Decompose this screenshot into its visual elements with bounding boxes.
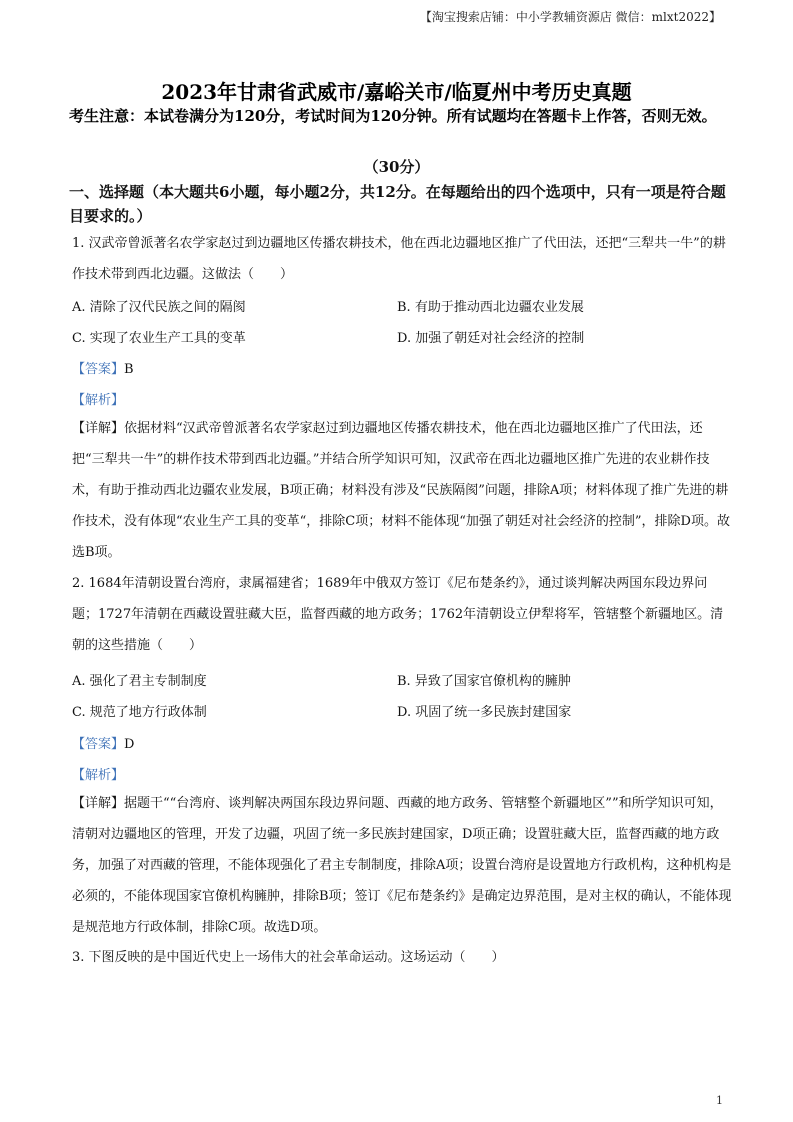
exam-notice: 考生注意：本试卷满分为120分，考试时间为120分钟。所有试题均在答题卡上作答，… <box>69 104 729 128</box>
detail-label: 【详解】 <box>72 796 124 811</box>
section-heading: 一、选择题（本大题共6小题，每小题2分，共12分。在每题给出的四个选项中，只有一… <box>69 180 729 228</box>
answer-value: B <box>124 362 134 377</box>
question-2-detail: 【详解】据题干““台湾府、谈判解决两国东段边界问题、西藏的地方政务、管辖整个新疆… <box>72 788 732 943</box>
page-number: 1 <box>716 1094 723 1107</box>
question-1-option-b: B. 有助于推动西北边疆农业发展 <box>397 296 584 315</box>
question-2-option-b: B. 异致了国家官僚机构的臃肿 <box>397 670 571 689</box>
page-title: 2023年甘肃省武威市/嘉峪关市/临夏州中考历史真题 <box>0 76 793 105</box>
detail-label: 【详解】 <box>72 421 124 436</box>
header-note: 【淘宝搜索店铺：中小学教辅资源店 微信：mlxt2022】 <box>420 8 721 25</box>
question-3-stem: 3. 下图反映的是中国近代史上一场伟大的社会革命运动。这场运动（ ） <box>72 942 732 973</box>
question-2-analysis-label: 【解析】 <box>72 764 124 783</box>
question-2-stem: 2. 1684年清朝设置台湾府，隶属福建省；1689年中俄双方签订《尼布楚条约》… <box>72 568 732 661</box>
question-1-option-c: C. 实现了农业生产工具的变革 <box>72 327 246 346</box>
detail-text: 依据材料“汉武帝曾派著名农学家赵过到边疆地区传播农耕技术，他在西北边疆地区推广了… <box>72 421 730 560</box>
question-2-option-d: D. 巩固了统一多民族封建国家 <box>397 701 571 720</box>
question-1-option-d: D. 加强了朝廷对社会经济的控制 <box>397 327 584 346</box>
question-2-answer: 【答案】D <box>72 733 134 752</box>
question-1-stem: 1. 汉武帝曾派著名农学家赵过到边疆地区传播农耕技术，他在西北边疆地区推广了代田… <box>72 228 732 290</box>
question-2-option-a: A. 强化了君主专制制度 <box>72 670 207 689</box>
question-1-detail: 【详解】依据材料“汉武帝曾派著名农学家赵过到边疆地区传播农耕技术，他在西北边疆地… <box>72 413 732 568</box>
detail-text: 据题干““台湾府、谈判解决两国东段边界问题、西藏的地方政务、管辖整个新疆地区””… <box>72 796 732 935</box>
question-1-analysis-label: 【解析】 <box>72 389 124 408</box>
section-score: （30分） <box>0 156 793 177</box>
question-2-option-c: C. 规范了地方行政体制 <box>72 701 207 720</box>
answer-label: 【答案】 <box>72 737 124 752</box>
question-1-option-a: A. 清除了汉代民族之间的隔阂 <box>72 296 246 315</box>
answer-label: 【答案】 <box>72 362 124 377</box>
question-1-answer: 【答案】B <box>72 358 134 377</box>
answer-value: D <box>124 737 134 752</box>
